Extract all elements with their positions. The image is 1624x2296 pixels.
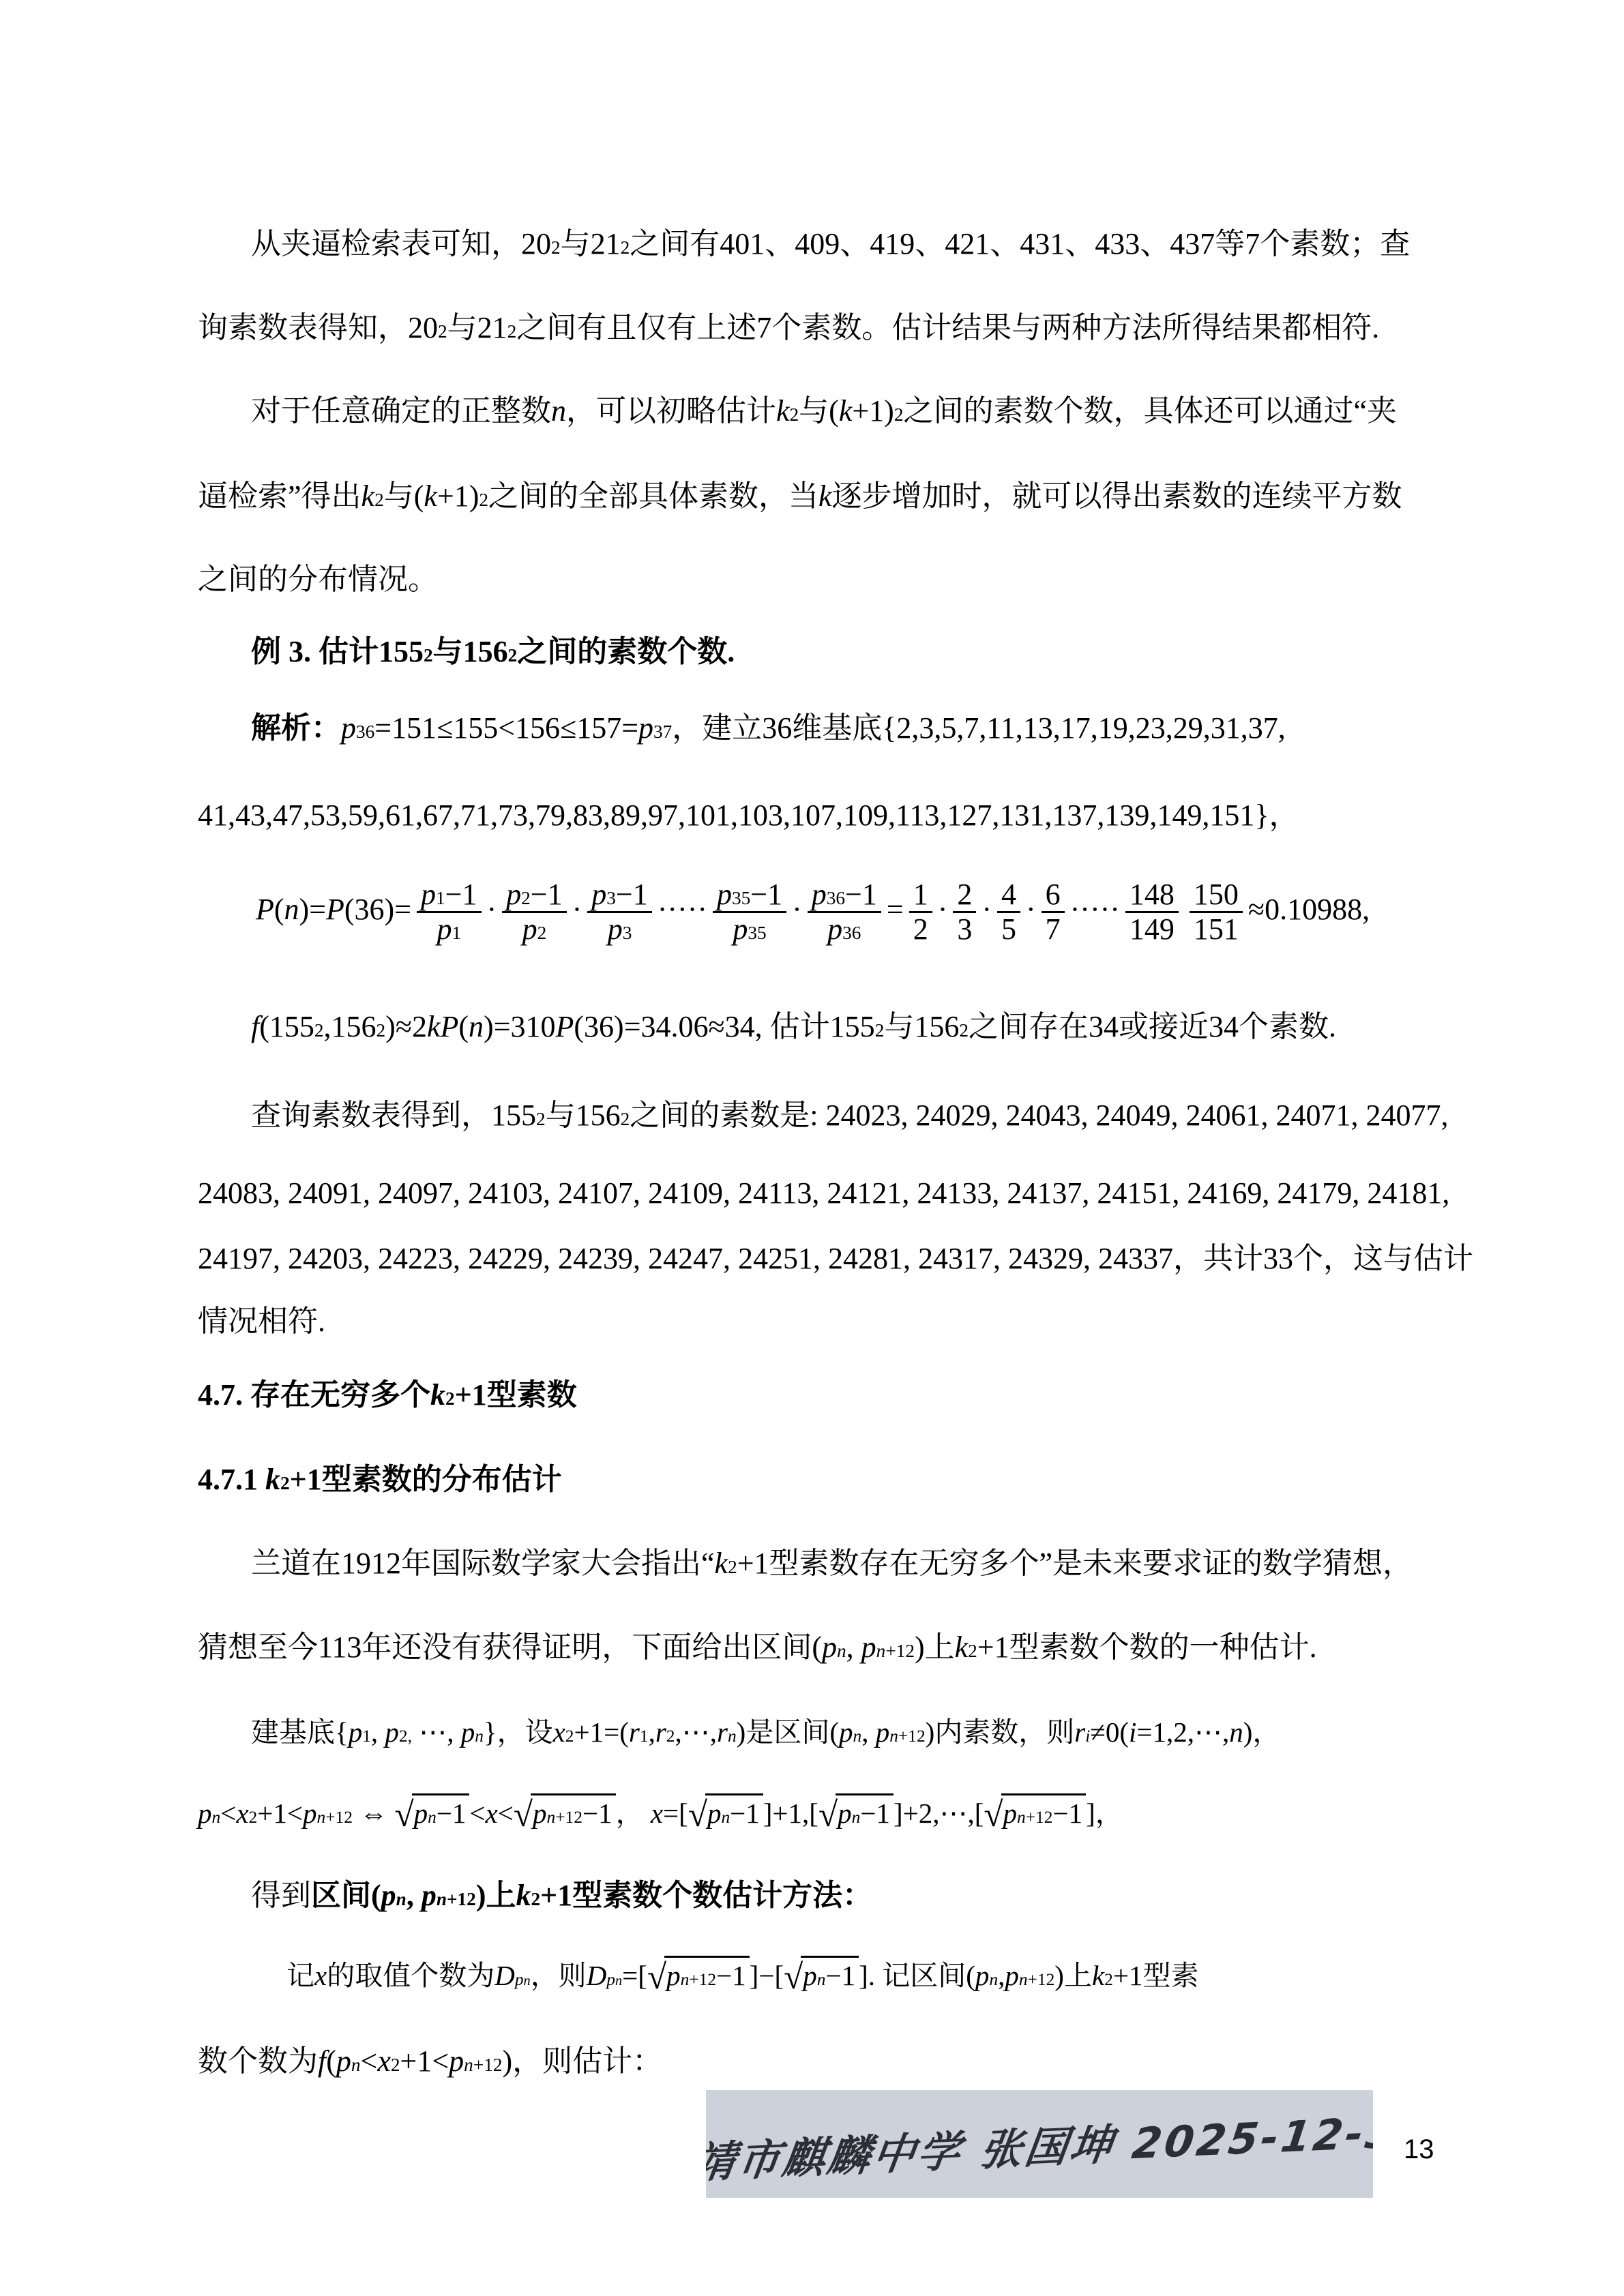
paragraph-line: 之间的分布情况。 — [198, 561, 438, 598]
paragraph-line: 兰道在1912年国际数学家大会指出“k2+1型素数存在无穷多个”是未来要求证的数… — [251, 1545, 1413, 1582]
paragraph-line: 从夹逼检索表可知，202与212之间有401、409、419、421、431、4… — [251, 225, 1410, 263]
paragraph-line: 猜想至今113年还没有获得证明，下面给出区间(pn, pn+12)上k2+1型素… — [198, 1628, 1317, 1666]
signature-image: 曲靖市麒麟中学 张国坤 2025-12-30 — [706, 2090, 1373, 2198]
example-title: 例 3. 估计1552与1562之间的素数个数. — [251, 633, 735, 670]
basis-formula-line: 建基底{p1, p2, ⋯, pn}，设x2+1=(r1,r2,⋯,rn)是区间… — [251, 1715, 1280, 1750]
paragraph-line: 查询素数表得到，1552与1562之间的素数是: 24023, 24029, 2… — [251, 1097, 1449, 1134]
page: 从夹逼检索表可知，202与212之间有401、409、419、421、431、4… — [0, 0, 1624, 2296]
prime-list-line: 24197, 24203, 24223, 24229, 24239, 24247… — [198, 1240, 1473, 1277]
paragraph-line: 逼检索”得出k2与(k+1)2之间的全部具体素数，当k逐步增加时，就可以得出素数… — [198, 477, 1402, 515]
inequality-formula-line: pn<x2+1<pn+12 ⇔ √pn−1<x<√pn+12−1， x=[√pn… — [198, 1793, 1123, 1837]
signature-text: 曲靖市麒麟中学 张国坤 2025-12-30 — [706, 2096, 1373, 2192]
paragraph-line: 情况相符. — [198, 1302, 325, 1340]
analysis-line: 解析：p36=151≤155<156≤157=p37，建立36维基底{2,3,5… — [251, 709, 1286, 747]
f-estimate-formula: f(1552,1562)≈2kP(n)=310P(36)=34.06≈34, 估… — [251, 1008, 1336, 1045]
page-number: 13 — [1404, 2134, 1434, 2165]
paragraph-line: 询素数表得知，202与212之间有且仅有上述7个素数。估计结果与两种方法所得结果… — [198, 309, 1379, 346]
section-heading-4-7: 4.7. 存在无穷多个k2+1型素数 — [198, 1376, 577, 1414]
prime-list-line: 24083, 24091, 24097, 24103, 24107, 24109… — [198, 1174, 1449, 1212]
analysis-line: 41,43,47,53,59,61,67,71,73,79,83,89,97,1… — [198, 796, 1299, 834]
subsection-heading-4-7-1: 4.7.1 k2+1型素数的分布估计 — [198, 1461, 562, 1498]
dpn-formula-line: 记x的取值个数为Dpn，则Dpn=[√pn+12−1]−[√pn−1]. 记区间… — [286, 1956, 1198, 1999]
paragraph-line: 对于任意确定的正整数n，可以初略估计k2与(k+1)2之间的素数个数，具体还可以… — [251, 392, 1397, 430]
estimate-intro-line: 数个数为f(pn<x2+1<pn+12)，则估计： — [198, 2042, 662, 2080]
method-title-line: 得到区间(pn, pn+12)上k2+1型素数个数估计方法： — [251, 1877, 872, 1914]
pn-product-formula: P(n)=P(36)=p1−1p1·p2−1p2·p3−1p3·····p35−… — [256, 878, 1370, 946]
